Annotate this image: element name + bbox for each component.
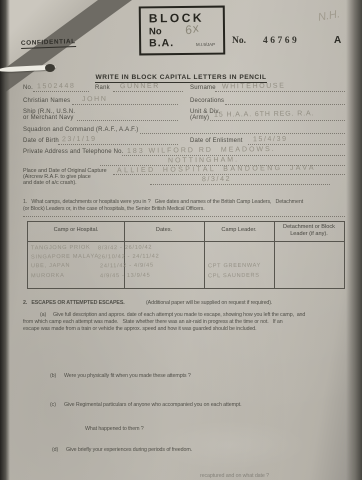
field-no-label: No. <box>23 85 33 91</box>
table-row-dates: 8/3/42 - 26/10/42 <box>98 245 152 252</box>
dotted-rule <box>113 91 183 92</box>
field-capture-value-line1: ALLIED HOSPITAL BANDOENG JAVA <box>117 165 316 175</box>
field-address-label: Private Address and Telephone No. <box>23 149 124 155</box>
scanned-pow-liberation-form: CONFIDENTIAL BLOCK No B.A. 6x M.I.9/JAP … <box>0 0 362 480</box>
field-surname-value: WHITEHOUSE <box>222 83 286 91</box>
field-christian-names-value: JOHN <box>82 96 108 103</box>
dotted-rule <box>72 104 178 105</box>
field-ship-label-line2: or Merchant Navy <box>23 115 74 121</box>
question1-line1: 1. What camps, detachments or hospitals … <box>23 199 303 205</box>
scan-smudge <box>150 420 310 470</box>
camps-table: Camp or Hospital. Dates. Camp Leader. De… <box>27 221 345 289</box>
dotted-rule <box>210 120 345 121</box>
confidential-stamp: CONFIDENTIAL <box>21 38 76 49</box>
field-date-of-birth-label: Date of Birth <box>23 138 59 144</box>
field-unit-label-line2: (Army) <box>190 115 209 121</box>
section2-c-followup: What happened to them ? <box>85 426 144 432</box>
field-squadron-label: Squadron and Command (R.A.F., A.A.F.) <box>23 127 138 133</box>
field-address-value-line1: 183 WILFORD RD MEADOWS. <box>127 146 276 155</box>
serial-suffix: A <box>334 35 341 46</box>
table-header-dates: Dates. <box>124 227 204 233</box>
serial-number: 46769 <box>263 36 299 46</box>
dotted-rule <box>23 216 345 217</box>
field-date-of-enlistment-value: 15/4/39 <box>253 136 288 143</box>
field-address-value-line2: NOTTINGHAM. <box>168 157 239 165</box>
form-code: M.I.9/JAP <box>196 42 215 47</box>
section2-a-line2: from which camp each attempt was made. S… <box>23 319 283 325</box>
field-no-value: 1502448 <box>37 83 76 91</box>
table-row-camp: MURORKA <box>31 273 65 279</box>
table-row-camp: TANGJONG PRIOK <box>31 245 91 252</box>
table-row-leader: CPT GREENWAY <box>208 263 261 270</box>
pencil-initials: N.H. <box>317 8 341 24</box>
question1-line2: (or Block) Leaders or, in the case of ho… <box>23 206 205 212</box>
section2-a-label: (a) <box>40 312 46 318</box>
table-header-divider <box>28 241 344 242</box>
section2-partial-bottom-line: recaptured and on what date ? <box>200 473 269 479</box>
form-instruction-text: WRITE IN BLOCK CAPITAL LETTERS IN PENCIL <box>95 74 266 83</box>
section2-b-label: (b) <box>50 373 56 379</box>
table-row-dates: 26/10/42 - 24/11/42 <box>98 254 159 261</box>
table-header-camp: Camp or Hospital. <box>28 227 124 233</box>
section2-a-line1: Give full description and approx. date o… <box>53 312 305 318</box>
section2-c-label: (c) <box>50 402 56 408</box>
field-surname-label: Surname <box>190 85 216 91</box>
dotted-rule <box>225 104 345 105</box>
table-header-block-leader-line1: Detachment or Block <box>274 224 344 230</box>
dotted-rule <box>215 91 345 92</box>
field-capture-label-line3: and date of a/c crash). <box>23 180 77 186</box>
block-number-stamp: BLOCK No B.A. <box>139 6 226 56</box>
table-header-block-leader-line2: Leader (if any). <box>274 231 344 237</box>
field-decorations-label: Decorations <box>190 98 224 104</box>
dotted-rule <box>248 144 345 145</box>
dotted-rule <box>150 184 330 185</box>
dotted-rule <box>77 120 178 121</box>
section2-note: (Additional paper will be supplied on re… <box>146 300 272 306</box>
section2-a-line3: escape was made from a train or vehicle … <box>23 326 257 332</box>
table-header-camp-leader: Camp Leader. <box>204 227 274 233</box>
table-row-camp: SINGAPORE MALAYA <box>31 254 99 261</box>
section2-b-text: Were you physically fit when you made th… <box>64 373 191 379</box>
table-row-leader: CPL SAUNDERS <box>208 273 260 280</box>
field-christian-names-label: Christian Names <box>23 98 70 104</box>
table-row-dates: 4/9/45 - 13/9/45 <box>100 273 150 280</box>
field-unit-value: 15 H.A.A. 6TH REG. R.A. <box>214 110 315 118</box>
section2-d-label: (d) <box>52 447 58 453</box>
dotted-rule <box>58 144 178 145</box>
form-instruction-header: WRITE IN BLOCK CAPITAL LETTERS IN PENCIL <box>0 66 362 84</box>
dotted-rule <box>33 91 89 92</box>
field-date-of-enlistment-label: Date of Enlistment <box>190 138 243 144</box>
table-row-dates: 24/11/42 - 4/9/45 <box>100 263 154 270</box>
field-rank-value: GUNNER <box>120 83 160 91</box>
section2-c-text: Give Regimental particulars of anyone wh… <box>64 402 242 408</box>
serial-number-label: No. <box>232 36 246 46</box>
field-date-of-birth-value: 23/1/19 <box>62 136 97 143</box>
field-rank-label: Rank <box>95 85 110 91</box>
section2-d-text: Give briefly your experiences during per… <box>66 447 192 453</box>
field-capture-value-line2: 8/3/42 <box>202 176 231 183</box>
section2-heading: 2. ESCAPES OR ATTEMPTED ESCAPES. <box>23 300 125 306</box>
dotted-rule <box>140 133 345 134</box>
table-row-camp: UBE, JAPAN <box>31 263 70 270</box>
